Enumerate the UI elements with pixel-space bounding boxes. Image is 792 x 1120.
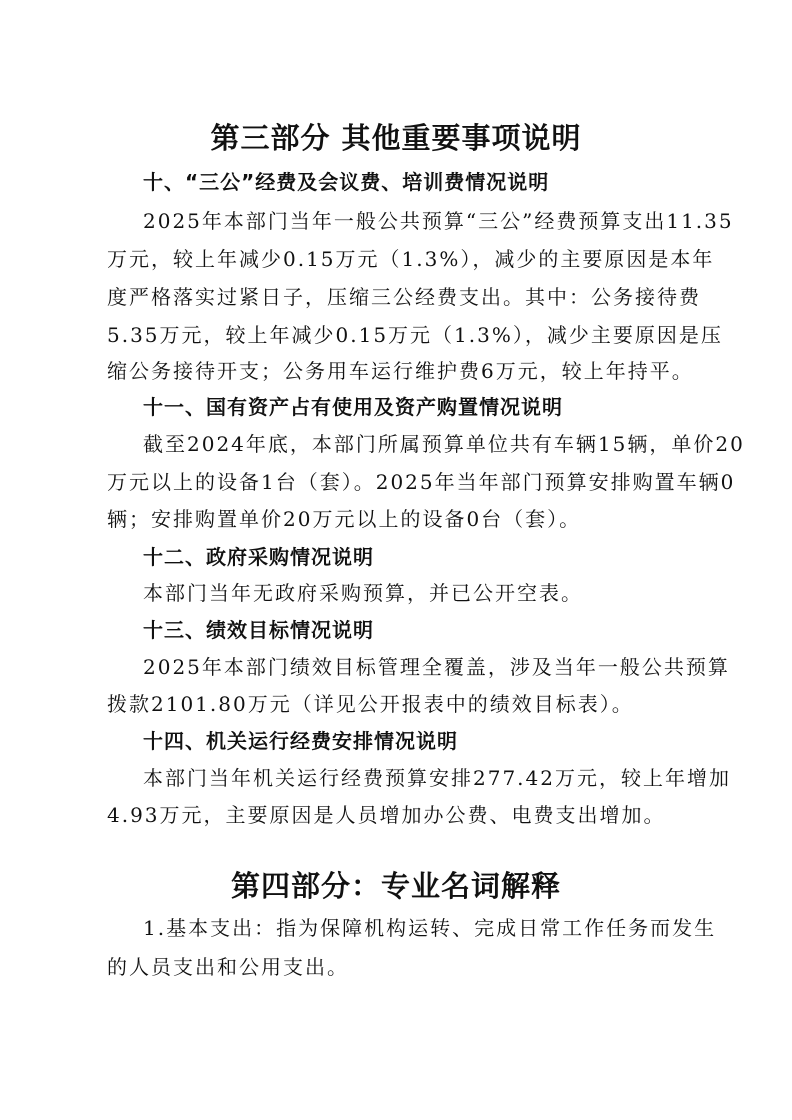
section-10-line-4: 5.35万元，较上年减少0.15万元（1.3%），减少主要原因是压: [107, 319, 723, 348]
document-page: 第三部分 其他重要事项说明 十、“三公”经费及会议费、培训费情况说明 2025年…: [0, 0, 792, 1120]
part4-title: 第四部分：专业名词解释: [0, 864, 792, 905]
section-10-line-5: 缩公务接待开支；公务用车运行维护费6万元，较上年持平。: [107, 355, 694, 384]
section-14-line-1: 本部门当年机关运行经费预算安排277.42万元，较上年增加: [143, 762, 731, 791]
section-11-line-3: 辆；安排购置单价20万元以上的设备0台（套）。: [107, 503, 581, 532]
section-11-heading: 十一、国有资产占有使用及资产购置情况说明: [143, 391, 563, 420]
section-10-line-3: 度严格落实过紧日子，压缩三公经费支出。其中：公务接待费: [107, 281, 701, 310]
section-11-line-1: 截至2024年底，本部门所属预算单位共有车辆15辆，单价20: [143, 428, 745, 457]
part4-line-2: 的人员支出和公用支出。: [107, 951, 349, 980]
part3-title: 第三部分 其他重要事项说明: [0, 116, 792, 157]
section-10-line-1: 2025年本部门当年一般公共预算“三公”经费预算支出11.35: [143, 205, 734, 234]
section-13-line-2: 拨款2101.80万元（详见公开报表中的绩效目标表）。: [107, 688, 634, 717]
section-10-heading: 十、“三公”经费及会议费、培训费情况说明: [143, 166, 549, 195]
part4-line-1: 1.基本支出：指为保障机构运转、完成日常工作任务而发生: [143, 912, 716, 941]
section-12-line-1: 本部门当年无政府采购预算，并已公开空表。: [143, 577, 583, 606]
section-13-line-1: 2025年本部门绩效目标管理全覆盖，涉及当年一般公共预算: [143, 651, 730, 680]
section-11-line-2: 万元以上的设备1台（套）。2025年当年部门预算安排购置车辆0: [107, 466, 735, 495]
section-12-heading: 十二、政府采购情况说明: [143, 541, 374, 570]
section-14-line-2: 4.93万元，主要原因是人员增加办公费、电费支出增加。: [107, 799, 666, 828]
section-14-heading: 十四、机关运行经费安排情况说明: [143, 725, 458, 754]
section-10-line-2: 万元，较上年减少0.15万元（1.3%），减少的主要原因是本年: [107, 243, 714, 272]
section-13-heading: 十三、绩效目标情况说明: [143, 614, 374, 643]
